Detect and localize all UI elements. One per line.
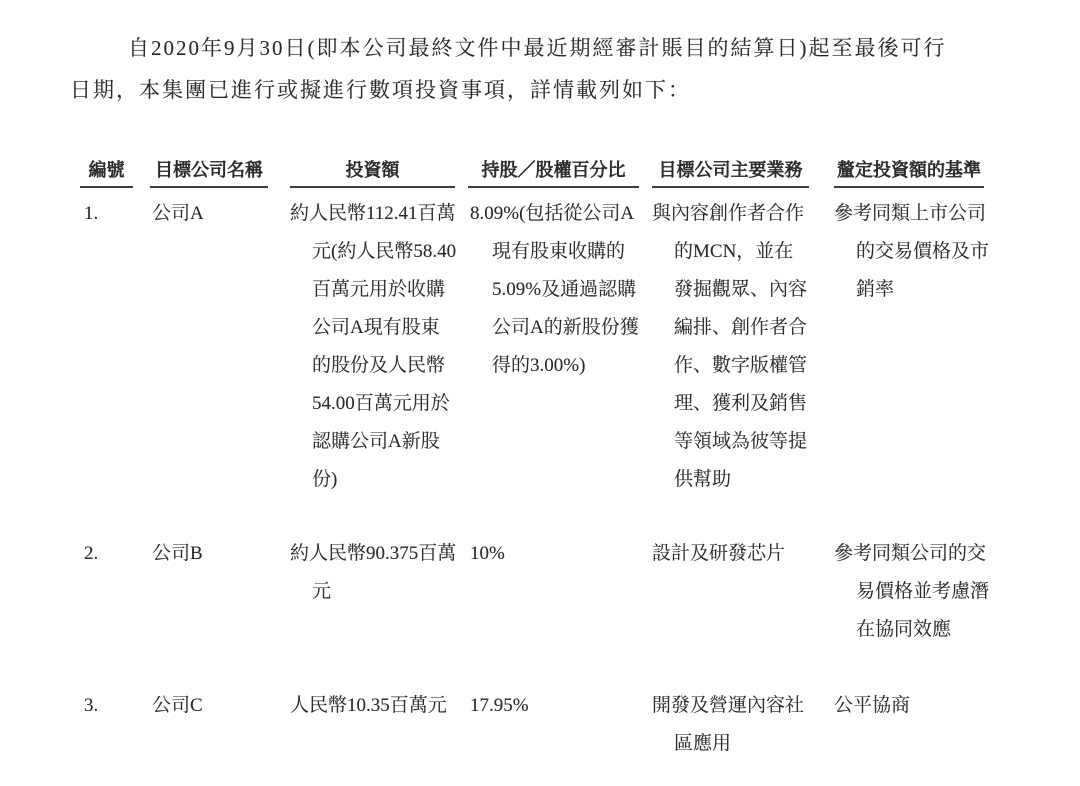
column-header-investment: 投資額 <box>290 157 455 183</box>
cell-shareholding-row-1-line-4: 公司A的新股份獲 <box>470 309 671 347</box>
cell-business-row-3-line-1: 開發及營運內容社 <box>652 687 839 725</box>
cell-company-row-2-line-1: 公司B <box>152 535 300 573</box>
cell-business-row-1-line-6: 理、獲利及銷售 <box>652 385 839 423</box>
cell-basis-row-2: 參考同類公司的交易價格並考慮潛在協同效應 <box>834 535 1014 649</box>
cell-shareholding-row-2-line-1: 10% <box>470 535 671 573</box>
cell-company-row-3: 公司C <box>152 687 300 725</box>
cell-investment-row-3-line-1: 人民幣10.35百萬元 <box>290 687 485 725</box>
cell-basis-row-2-line-1: 參考同類公司的交 <box>834 535 1014 573</box>
cell-investment-row-1-line-5: 的股份及人民幣 <box>290 347 485 385</box>
cell-investment-row-1: 約人民幣112.41百萬元(約人民幣58.40百萬元用於收購公司A現有股東的股份… <box>290 195 485 499</box>
cell-basis-row-3: 公平協商 <box>834 687 1014 725</box>
cell-business-row-1-line-1: 與內容創作者合作 <box>652 195 839 233</box>
cell-investment-row-1-line-3: 百萬元用於收購 <box>290 271 485 309</box>
cell-business-row-2: 設計及研發芯片 <box>652 535 839 573</box>
cell-basis-row-3-line-1: 公平協商 <box>834 687 1014 725</box>
column-header-business: 目標公司主要業務 <box>652 157 809 183</box>
cell-shareholding-row-1-line-5: 得的3.00%) <box>470 347 671 385</box>
cell-investment-row-1-line-2: 元(約人民幣58.40 <box>290 233 485 271</box>
cell-basis-row-2-line-3: 在協同效應 <box>834 611 1014 649</box>
column-header-index: 編號 <box>80 157 133 183</box>
cell-basis-row-1-line-1: 參考同類上市公司 <box>834 195 1014 233</box>
cell-shareholding-row-1-line-1: 8.09%(包括從公司A <box>470 195 671 233</box>
cell-business-row-1-line-7: 等領域為彼等提 <box>652 423 839 461</box>
cell-business-row-3-line-2: 區應用 <box>652 725 839 763</box>
cell-company-row-1-line-1: 公司A <box>152 195 300 233</box>
investments-table: 編號目標公司名稱投資額持股／股權百分比目標公司主要業務釐定投資額的基準1.公司A… <box>0 0 1080 786</box>
cell-shareholding-row-2: 10% <box>470 535 671 573</box>
cell-business-row-1-line-2: 的MCN，並在 <box>652 233 839 271</box>
cell-investment-row-2-line-2: 元 <box>290 573 485 611</box>
column-header-shareholding: 持股／股權百分比 <box>468 157 639 183</box>
column-underline-shareholding <box>468 186 639 188</box>
cell-investment-row-1-line-8: 份) <box>290 461 485 499</box>
cell-basis-row-2-line-2: 易價格並考慮潛 <box>834 573 1014 611</box>
column-header-basis: 釐定投資額的基準 <box>834 157 984 183</box>
cell-investment-row-2: 約人民幣90.375百萬元 <box>290 535 485 611</box>
column-underline-investment <box>290 186 455 188</box>
cell-investment-row-2-line-1: 約人民幣90.375百萬 <box>290 535 485 573</box>
cell-shareholding-row-1-line-3: 5.09%及通過認購 <box>470 271 671 309</box>
cell-basis-row-1: 參考同類上市公司的交易價格及市銷率 <box>834 195 1014 309</box>
column-underline-company <box>150 186 268 188</box>
cell-business-row-1-line-5: 作、數字版權管 <box>652 347 839 385</box>
column-underline-basis <box>834 186 984 188</box>
cell-basis-row-1-line-2: 的交易價格及市 <box>834 233 1014 271</box>
cell-investment-row-1-line-7: 認購公司A新股 <box>290 423 485 461</box>
cell-business-row-3: 開發及營運內容社區應用 <box>652 687 839 763</box>
cell-investment-row-1-line-4: 公司A現有股東 <box>290 309 485 347</box>
cell-business-row-2-line-1: 設計及研發芯片 <box>652 535 839 573</box>
column-underline-business <box>652 186 809 188</box>
cell-business-row-1-line-8: 供幫助 <box>652 461 839 499</box>
cell-investment-row-1-line-1: 約人民幣112.41百萬 <box>290 195 485 233</box>
cell-business-row-1-line-3: 發掘觀眾、內容 <box>652 271 839 309</box>
cell-business-row-1: 與內容創作者合作的MCN，並在發掘觀眾、內容編排、創作者合作、數字版權管理、獲利… <box>652 195 839 499</box>
cell-investment-row-3: 人民幣10.35百萬元 <box>290 687 485 725</box>
cell-shareholding-row-1-line-2: 現有股東收購的 <box>470 233 671 271</box>
column-header-company: 目標公司名稱 <box>150 157 268 183</box>
prospectus-page: 自2020年9月30日(即本公司最終文件中最近期經審計賬目的結算日)起至最後可行… <box>0 0 1080 786</box>
cell-shareholding-row-3-line-1: 17.95% <box>470 687 671 725</box>
cell-company-row-3-line-1: 公司C <box>152 687 300 725</box>
cell-shareholding-row-1: 8.09%(包括從公司A現有股東收購的5.09%及通過認購公司A的新股份獲得的3… <box>470 195 671 385</box>
cell-company-row-2: 公司B <box>152 535 300 573</box>
column-underline-index <box>80 186 133 188</box>
cell-business-row-1-line-4: 編排、創作者合 <box>652 309 839 347</box>
cell-basis-row-1-line-3: 銷率 <box>834 271 1014 309</box>
cell-company-row-1: 公司A <box>152 195 300 233</box>
cell-shareholding-row-3: 17.95% <box>470 687 671 725</box>
cell-investment-row-1-line-6: 54.00百萬元用於 <box>290 385 485 423</box>
